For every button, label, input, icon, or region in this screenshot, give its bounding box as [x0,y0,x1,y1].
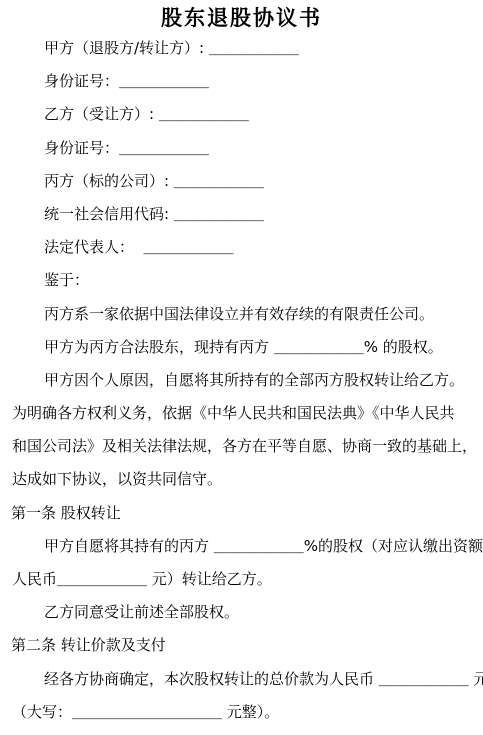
document-title: 股东退股协议书 [0,0,483,32]
doc-line: 乙方（受让方）: ＿＿＿＿＿＿ [0,98,483,131]
doc-line: 甲方自愿将其持有的丙方 ＿＿＿＿＿＿%的股权（对应认缴出资额为 [0,530,483,563]
doc-line: 经各方协商确定，本次股权转让的总价款为人民币 ＿＿＿＿＿＿ 元 [0,663,483,696]
doc-line: 甲方因个人原因，自愿将其所持有的全部丙方股权转让给乙方。 [0,364,483,397]
document-body: 甲方（退股方/转让方）: ＿＿＿＿＿＿身份证号：＿＿＿＿＿＿乙方（受让方）: ＿… [0,32,483,729]
doc-line: 达成如下协议，以资共同信守。 [0,463,483,496]
doc-line: 第一条 股权转让 [0,497,483,530]
doc-line: 甲方（退股方/转让方）: ＿＿＿＿＿＿ [0,32,483,65]
doc-line: 丙方（标的公司）: ＿＿＿＿＿＿ [0,165,483,198]
doc-line: 乙方同意受让前述全部股权。 [0,596,483,629]
doc-line: 为明确各方权利义务，依据《中华人民共和国民法典》《中华人民共 [0,397,483,430]
doc-line: 身份证号：＿＿＿＿＿＿ [0,65,483,98]
doc-line: 法定代表人： ＿＿＿＿＿＿ [0,231,483,264]
doc-line: 丙方系一家依据中国法律设立并有效存续的有限责任公司。 [0,298,483,331]
doc-line: （大写：＿＿＿＿＿＿＿＿＿＿ 元整）。 [0,696,483,729]
doc-line: 人民币＿＿＿＿＿＿ 元）转让给乙方。 [0,563,483,596]
doc-line: 和国公司法》及相关法律法规，各方在平等自愿、协商一致的基础上， [0,430,483,463]
doc-line: 身份证号：＿＿＿＿＿＿ [0,132,483,165]
doc-line: 甲方为丙方合法股东，现持有丙方 ＿＿＿＿＿＿% 的股权。 [0,331,483,364]
doc-line: 第二条 转让价款及支付 [0,629,483,662]
doc-line: 统一社会信用代码: ＿＿＿＿＿＿ [0,198,483,231]
document-page: 股东退股协议书 甲方（退股方/转让方）: ＿＿＿＿＿＿身份证号：＿＿＿＿＿＿乙方… [0,0,483,735]
doc-line: 鉴于： [0,264,483,297]
